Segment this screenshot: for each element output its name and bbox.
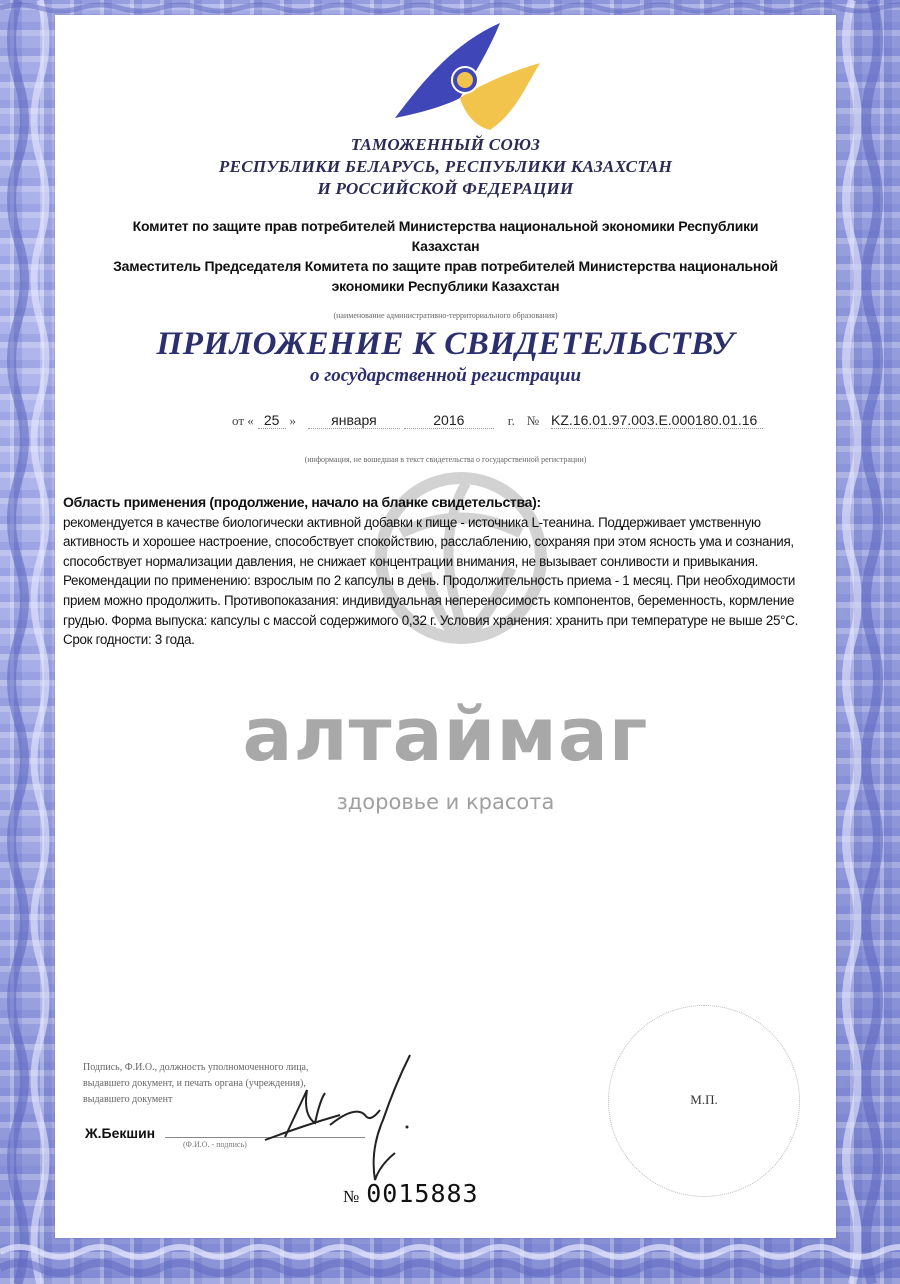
- serial-label: №: [343, 1187, 360, 1206]
- scope-heading: Область применения (продолжение, начало …: [63, 493, 823, 513]
- stamp-label: М.П.: [609, 1092, 799, 1108]
- border-wave-pattern-top: [0, 0, 900, 15]
- year-suffix: г.: [508, 413, 515, 428]
- registration-month: января: [308, 412, 400, 429]
- serial-value: 0015883: [366, 1179, 478, 1208]
- signer-name: Ж.Бекшин: [85, 1125, 155, 1141]
- from-label: от «: [232, 413, 254, 428]
- scope-of-application: Область применения (продолжение, начало …: [63, 493, 823, 650]
- committee-line-1: Комитет по защите прав потребителей Мини…: [55, 216, 836, 236]
- registration-day: 25: [258, 412, 286, 429]
- handwritten-signature: [245, 1045, 415, 1185]
- eurasian-customs-union-logo: [365, 18, 565, 133]
- number-label: №: [527, 413, 539, 428]
- document-title: ПРИЛОЖЕНИЕ К СВИДЕТЕЛЬСТВУ: [55, 326, 836, 363]
- document-subtitle: о государственной регистрации: [55, 365, 836, 387]
- border-wave-pattern-right: [836, 0, 900, 1284]
- scope-body: рекомендуется в качестве биологически ак…: [63, 513, 823, 650]
- registration-number: KZ.16.01.97.003.E.000180.01.16: [551, 412, 763, 429]
- day-close: »: [290, 413, 297, 428]
- union-line-1: ТАМОЖЕННЫЙ СОЮЗ: [55, 134, 836, 156]
- issuing-authority: Комитет по защите прав потребителей Мини…: [55, 216, 836, 296]
- border-wave-pattern-bottom: [0, 1238, 900, 1284]
- registration-year: 2016: [404, 412, 494, 429]
- serial-number: №0015883: [343, 1179, 479, 1208]
- union-line-3: И РОССИЙСКОЙ ФЕДЕРАЦИИ: [55, 178, 836, 200]
- authority-caption: (наименование административно-территориа…: [55, 311, 836, 320]
- seal-placeholder: М.П.: [608, 1005, 800, 1197]
- deputy-line-2: экономики Республики Казахстан: [55, 276, 836, 296]
- deputy-line-1: Заместитель Председателя Комитета по защ…: [55, 256, 836, 276]
- certificate-sheet: ТАМОЖЕННЫЙ СОЮЗ РЕСПУБЛИКИ БЕЛАРУСЬ, РЕС…: [55, 15, 836, 1238]
- committee-line-2: Казахстан: [55, 236, 836, 256]
- registration-line: от « 25 » января 2016 г. № KZ.16.01.97.0…: [232, 412, 763, 429]
- union-line-2: РЕСПУБЛИКИ БЕЛАРУСЬ, РЕСПУБЛИКИ КАЗАХСТА…: [55, 156, 836, 178]
- watermark-brand: алтаймаг: [55, 695, 836, 775]
- watermark-tagline: здоровье и красота: [55, 790, 836, 814]
- signature-line-caption: (Ф.И.О. - подпись): [183, 1140, 247, 1149]
- border-wave-pattern-left: [0, 0, 55, 1284]
- customs-union-heading: ТАМОЖЕННЫЙ СОЮЗ РЕСПУБЛИКИ БЕЛАРУСЬ, РЕС…: [55, 134, 836, 200]
